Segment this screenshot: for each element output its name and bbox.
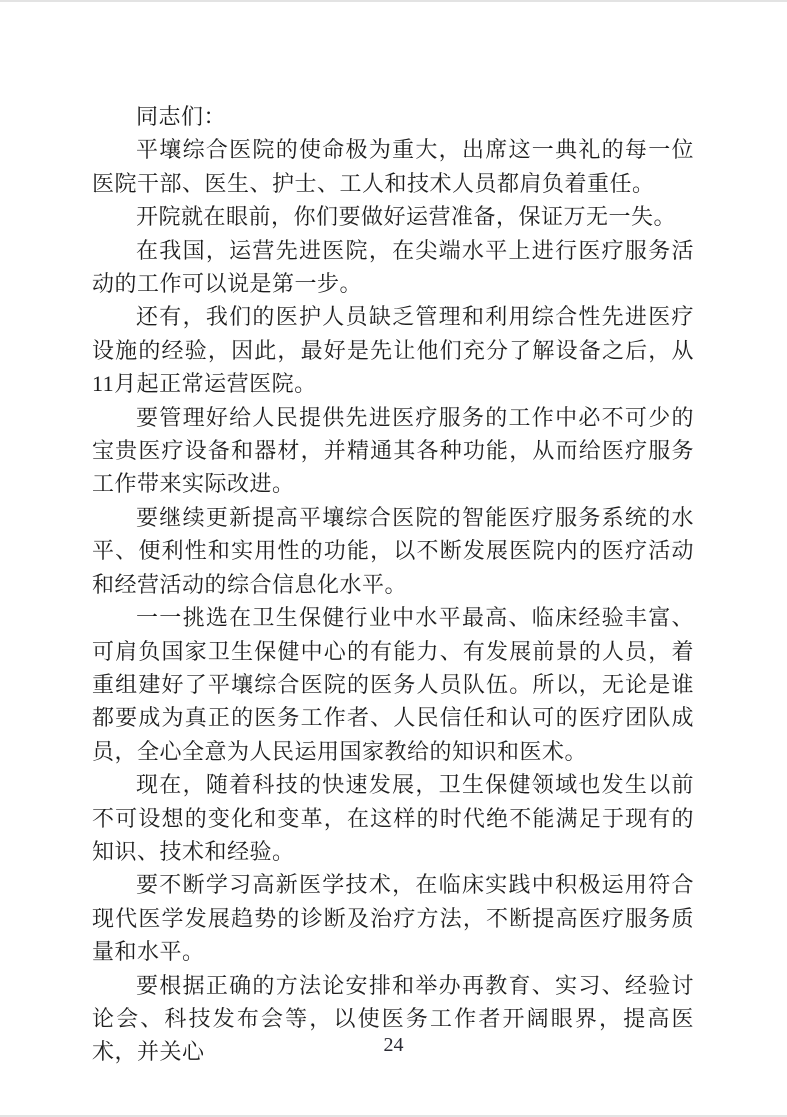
body-paragraph: 一一挑选在卫生保健行业中水平最高、临床经验丰富、可肩负国家卫生保健中心的有能力、… — [92, 601, 694, 768]
body-paragraph: 在我国，运营先进医院，在尖端水平上进行医疗服务活动的工作可以说是第一步。 — [92, 234, 694, 301]
body-paragraph: 要继续更新提高平壤综合医院的智能医疗服务系统的水平、便利性和实用性的功能，以不断… — [92, 501, 694, 601]
page-number: 24 — [0, 1031, 787, 1059]
body-paragraph: 开院就在眼前，你们要做好运营准备，保证万无一失。 — [92, 200, 694, 233]
body-paragraph: 要管理好给人民提供先进医疗服务的工作中必不可少的宝贵医疗设备和器材，并精通其各种… — [92, 401, 694, 501]
body-paragraph: 现在，随着科技的快速发展，卫生保健领域也发生以前不可设想的变化和变革，在这样的时… — [92, 768, 694, 868]
body-paragraph: 要不断学习高新医学技术，在临床实践中积极运用符合现代医学发展趋势的诊断及治疗方法… — [92, 868, 694, 968]
salutation: 同志们： — [92, 100, 694, 133]
document-body: 同志们： 平壤综合医院的使命极为重大，出席这一典礼的每一位医院干部、医生、护士、… — [92, 100, 694, 1069]
body-paragraph: 还有，我们的医护人员缺乏管理和利用综合性先进医疗设施的经验，因此，最好是先让他们… — [92, 300, 694, 400]
body-paragraph: 平壤综合医院的使命极为重大，出席这一典礼的每一位医院干部、医生、护士、工人和技术… — [92, 133, 694, 200]
document-page: 同志们： 平壤综合医院的使命极为重大，出席这一典礼的每一位医院干部、医生、护士、… — [0, 0, 787, 1117]
